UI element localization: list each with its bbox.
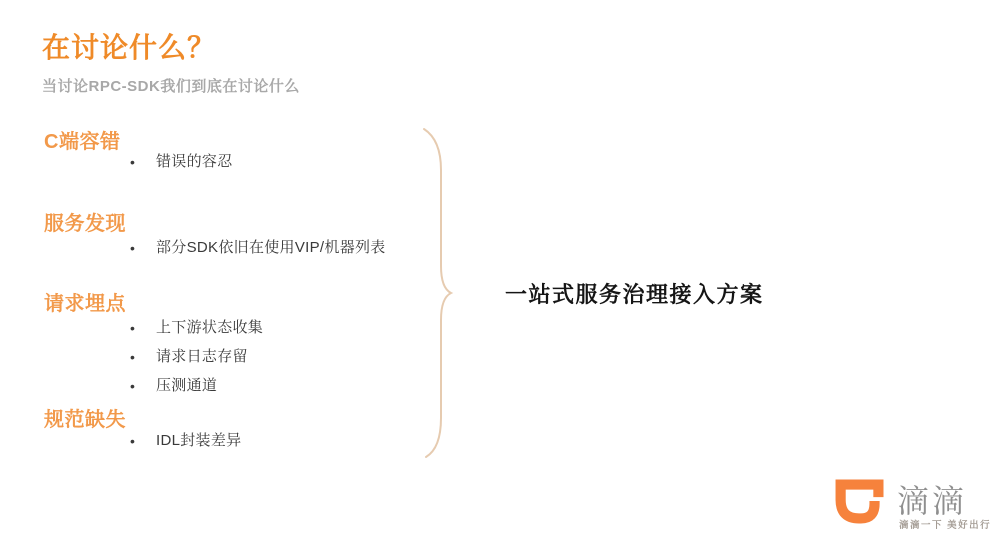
list-item: • 请求日志存留 xyxy=(130,348,248,366)
bullet-dot-icon: • xyxy=(130,432,156,450)
list-item: • 部分SDK依旧在使用VIP/机器列表 xyxy=(130,239,386,257)
bullet-dot-icon: • xyxy=(130,239,156,257)
bullet-text: 压测通道 xyxy=(156,377,217,395)
list-item: • IDL封装差异 xyxy=(130,432,241,450)
callout-text: 一站式服务治理接入方案 xyxy=(505,278,764,309)
section-heading-service-discovery: 服务发现 xyxy=(44,207,126,236)
brand-name: 滴滴 xyxy=(897,476,967,522)
list-item: • 上下游状态收集 xyxy=(130,319,263,337)
bullet-dot-icon: • xyxy=(130,153,156,171)
list-item: • 压测通道 xyxy=(130,377,217,395)
page-subtitle: 当讨论RPC-SDK我们到底在讨论什么 xyxy=(42,75,300,96)
bullet-text: 错误的容忍 xyxy=(156,153,233,171)
bullet-dot-icon: • xyxy=(130,348,156,366)
didi-logo: 滴滴 滴滴一下 美好出行 xyxy=(829,468,989,534)
presentation-slide: 在讨论什么？ 当讨论RPC-SDK我们到底在讨论什么 C端容错 • 错误的容忍 … xyxy=(0,0,1000,549)
bullet-dot-icon: • xyxy=(130,377,156,395)
bullet-text: IDL封装差异 xyxy=(156,432,241,450)
bullet-text: 上下游状态收集 xyxy=(156,319,263,337)
list-item: • 错误的容忍 xyxy=(130,153,233,171)
bullet-text: 请求日志存留 xyxy=(156,348,248,366)
section-heading-missing-standards: 规范缺失 xyxy=(44,403,126,432)
bullet-text: 部分SDK依旧在使用VIP/机器列表 xyxy=(156,239,386,257)
section-heading-request-instrumentation: 请求埋点 xyxy=(44,287,126,316)
didi-d-icon xyxy=(829,470,891,532)
page-title: 在讨论什么？ xyxy=(42,26,216,66)
curly-brace-icon xyxy=(408,118,460,470)
bullet-dot-icon: • xyxy=(130,319,156,337)
brand-tagline: 滴滴一下 美好出行 xyxy=(899,517,991,531)
section-heading-client-fault-tolerance: C端容错 xyxy=(44,125,120,154)
